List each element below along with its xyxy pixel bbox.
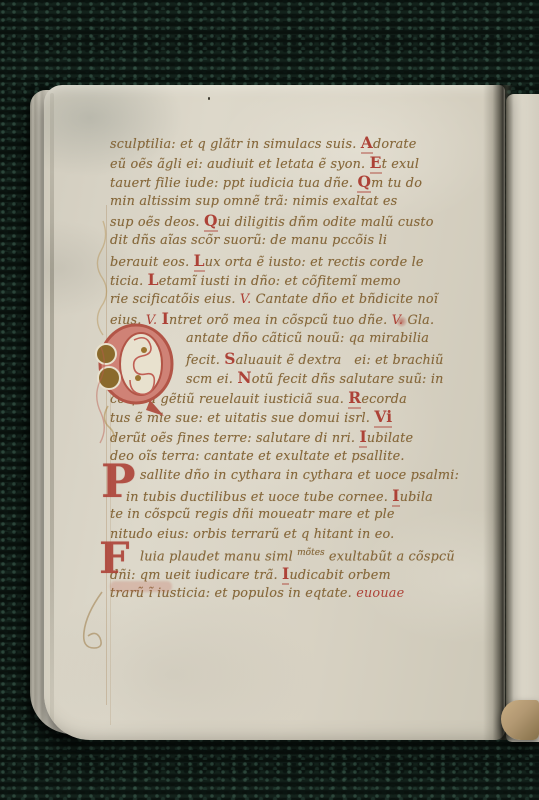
page-edge-curl [501,700,539,740]
text-line: dit dñs aĩas scõr suorũ: de manu pccõis … [110,231,490,251]
margin-flourish [94,217,112,479]
text-line: sculptilia: et q glãtr in simulacs suis.… [110,133,490,153]
facing-page-edge [506,94,539,742]
pen-trail-mark [72,590,110,662]
manuscript-page: sculptilia: et q glãtr in simulacs suis.… [44,85,505,740]
red-blot [396,315,407,328]
text-line: sup oẽs deos. Qui diligitis dñm odite ma… [110,211,490,231]
text-line: rie scificatõis eius. V. Cantate dño et … [110,290,490,310]
text-line: te in cõspcũ regis dñi moueatr mare et p… [110,505,490,525]
initial-F: F [99,538,130,581]
text-line: sallite dño in cythara in cythara et uoc… [110,466,490,486]
text-line: in tubis ductilibus et uoce tube cornee.… [110,486,490,506]
parchment-speck [208,97,210,100]
text-line: eũ oẽs ãgli ei: audiuit et letata ẽ syon… [110,153,490,173]
text-line: nitudo eius: orbis terrarũ et q hitant i… [110,525,490,545]
red-smudge [110,581,172,592]
manuscript-photo: sculptilia: et q glãtr in simulacs suis.… [0,0,539,800]
text-line: berauit eos. Lux orta ẽ iusto: et rectis… [110,251,490,271]
text-line: min altissim sup omnẽ trã: nimis exaltat… [110,192,490,212]
text-line: deo oĩs terra: cantate et exultate et ps… [110,447,490,467]
text-line: luia plaudet manu siml mõtes exultabũt a… [110,544,490,564]
text-line: ticia. Letamĩ iusti in dño: et cõfitemĩ … [110,270,490,290]
text-line: tauert filie iude: ppt iudicia tua dñe. … [110,172,490,192]
page-fold-crease [50,93,54,727]
